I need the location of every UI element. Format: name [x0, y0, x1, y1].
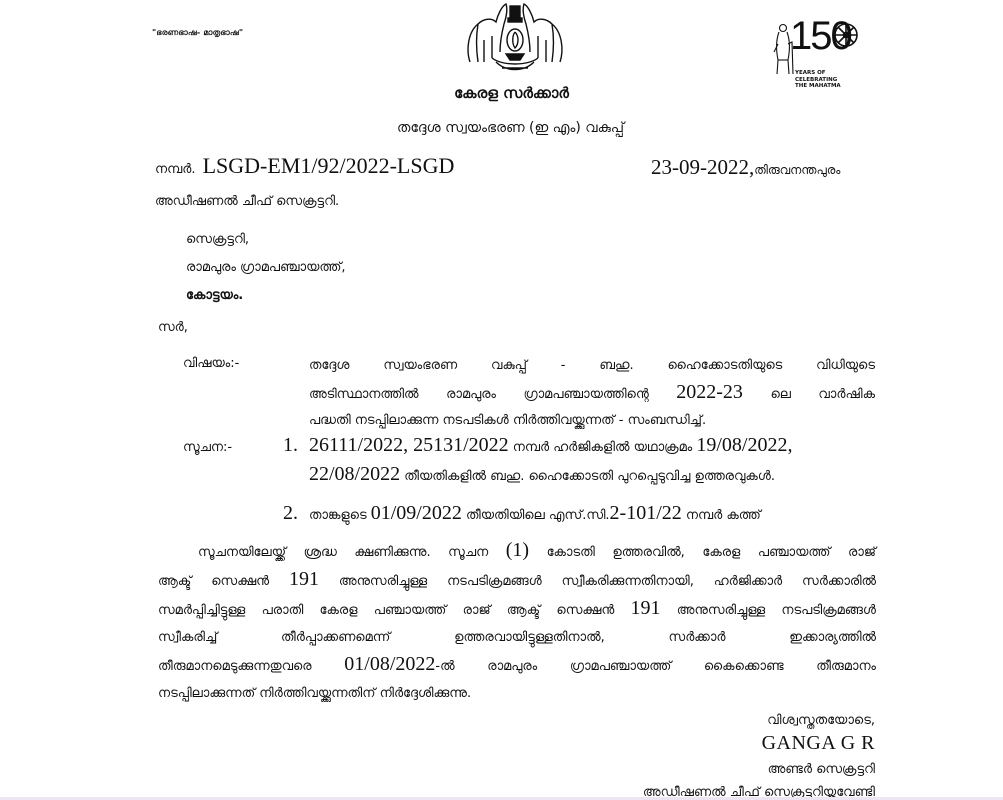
- body-line: നടപ്പിലാക്കുന്നത് നിർത്തിവയ്ക്കുന്നതിന് …: [158, 680, 876, 707]
- letter-place: തിരുവനന്തപുരം: [754, 163, 840, 177]
- signatory-designation: അണ്ടർ സെക്രട്ടറി: [643, 758, 875, 782]
- letter-date: 23-09-2022,: [651, 155, 754, 179]
- recipient-line: സെക്രട്ടറി,: [186, 232, 249, 247]
- body-line: സൂചനയിലേയ്ക്ക് ശ്രദ്ധ ക്ഷണിക്കുന്നു. സൂച…: [158, 537, 876, 566]
- reference-number-line: നമ്പർ. LSGD-EM1/92/2022-LSGD: [155, 153, 454, 179]
- subject-line: അടിസ്ഥാനത്തിൽ രാമപുരം ഗ്രാമപഞ്ചായത്തിന്റ…: [309, 379, 875, 408]
- government-name: കേരള സർക്കാർ: [0, 84, 1003, 102]
- salutation: സർ,: [158, 320, 188, 335]
- recipient-line: രാമപുരം ഗ്രാമപഞ്ചായത്ത്,: [186, 260, 346, 275]
- references-list: 1. 26111/2022, 25131/2022 നമ്പർ ഹർജികളിൽ…: [283, 432, 883, 529]
- charkha-wheel-icon: [833, 22, 859, 48]
- subject-line: പദ്ധതി നടപ്പിലാക്കുന്ന നടപടികൾ നിർത്തിവയ…: [309, 408, 875, 434]
- reference-item: 1. 26111/2022, 25131/2022 നമ്പർ ഹർജികളിൽ…: [283, 432, 883, 490]
- references-label: സൂചന:-: [183, 440, 232, 455]
- department-name: തദ്ദേശ സ്വയംഭരണ (ഇ എം) വകുപ്പ്: [0, 120, 1003, 136]
- body-line: ആക്ട് സെക്ഷൻ 191 അനുസരിച്ചുള്ള നടപടിക്രമ…: [158, 566, 876, 595]
- date-place-line: 23-09-2022,തിരുവനന്തപുരം: [651, 155, 840, 180]
- recipient-line: കോട്ടയം.: [186, 288, 243, 303]
- signatory-name: GANGA G R: [643, 730, 875, 756]
- government-letter-page: "ഭരണഭാഷ- മാതൃഭാഷ" 150: [0, 0, 1003, 797]
- kerala-state-emblem-icon: [462, 0, 568, 78]
- closing-text: വിശ്വസ്തതയോടെ,: [643, 712, 875, 730]
- body-line: സ്വീകരിച്ച് തീർപ്പാക്കണമെന്ന് ഉത്തരവായിട…: [158, 624, 876, 651]
- reference-number: LSGD-EM1/92/2022-LSGD: [203, 153, 455, 178]
- motto-text: "ഭരണഭാഷ- മാതൃഭാഷ": [152, 28, 243, 38]
- subject-line: തദ്ദേശ സ്വയംഭരണ വകുപ്പ് - ബഹു. ഹൈക്കോടതി…: [309, 353, 875, 379]
- body-line: തീരുമാനമെടുക്കുന്നതുവരെ 01/08/2022-ൽ രാമ…: [158, 651, 876, 680]
- body-line: സമർപ്പിച്ചിട്ടുള്ള പരാതി കേരള പഞ്ചായത്ത്…: [158, 595, 876, 624]
- subject-label: വിഷയം:-: [183, 356, 239, 371]
- subject-text: തദ്ദേശ സ്വയംഭരണ വകുപ്പ് - ബഹു. ഹൈക്കോടതി…: [309, 353, 875, 434]
- signature-block: വിശ്വസ്തതയോടെ, GANGA G R അണ്ടർ സെക്രട്ടറ…: [643, 712, 875, 800]
- letter-body: സൂചനയിലേയ്ക്ക് ശ്രദ്ധ ക്ഷണിക്കുന്നു. സൂച…: [158, 537, 876, 707]
- reference-item: 2. താങ്കളുടെ 01/09/2022 തീയതിയിലെ എസ്.സി…: [283, 500, 883, 529]
- 150-years-mahatma-logo: 150 YEARS OF CELEBRATING THE MAHATMA: [770, 18, 862, 92]
- sender: അഡീഷണൽ ചീഫ് സെക്രട്ടറി.: [155, 194, 339, 209]
- reference-number-label: നമ്പർ.: [155, 162, 195, 177]
